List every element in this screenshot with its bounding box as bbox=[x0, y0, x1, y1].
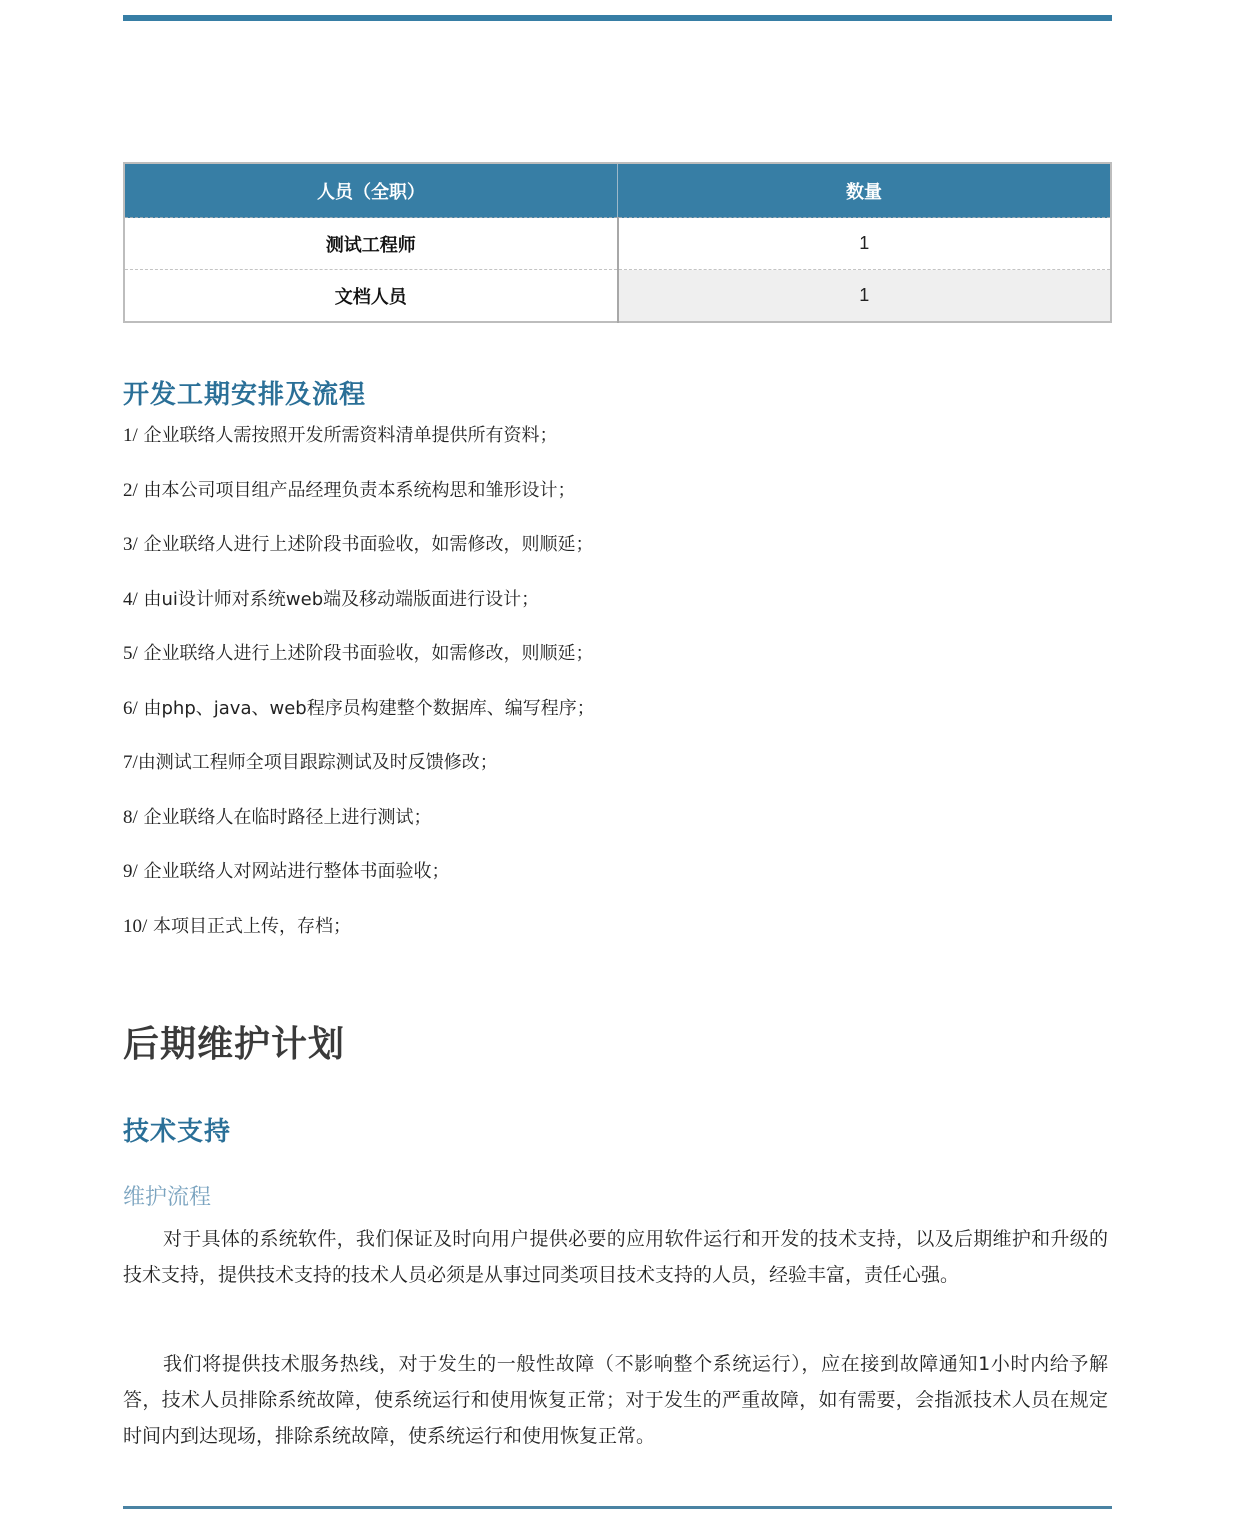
header-rule bbox=[123, 15, 1112, 21]
list-item: 8/ 企业联络人在临时路径上进行测试； bbox=[123, 806, 595, 861]
step-text: 企业联络人进行上述阶段书面验收，如需修改，则顺延； bbox=[138, 534, 594, 555]
table-row: 文档人员 1 bbox=[124, 270, 1111, 323]
schedule-steps-list: 1/ 企业联络人需按照开发所需资料清单提供所有资料； 2/ 由本公司项目组产品经… bbox=[123, 424, 595, 969]
list-item: 9/ 企业联络人对网站进行整体书面验收； bbox=[123, 860, 595, 915]
list-item: 6/ 由php、java、web程序员构建整个数据库、编写程序； bbox=[123, 697, 595, 752]
step-text: 由本公司项目组产品经理负责本系统构思和雏形设计； bbox=[138, 480, 576, 501]
step-number: 2/ bbox=[123, 480, 138, 501]
paragraph: 我们将提供技术服务热线，对于发生的一般性故障（不影响整个系统运行），应在接到故障… bbox=[123, 1346, 1108, 1454]
step-number: 10/ bbox=[123, 916, 147, 937]
maintenance-process-subheading: 维护流程 bbox=[123, 1180, 211, 1211]
column-header-count: 数量 bbox=[618, 163, 1112, 218]
footer-rule bbox=[123, 1506, 1112, 1509]
tech-support-heading: 技术支持 bbox=[123, 1111, 231, 1148]
step-number: 9/ bbox=[123, 861, 138, 882]
table-header-row: 人员（全职） 数量 bbox=[124, 163, 1111, 218]
list-item: 2/ 由本公司项目组产品经理负责本系统构思和雏形设计； bbox=[123, 479, 595, 534]
table-row: 测试工程师 1 bbox=[124, 218, 1111, 270]
step-text: 由php、java、web程序员构建整个数据库、编写程序； bbox=[138, 698, 595, 719]
step-text: 企业联络人在临时路径上进行测试； bbox=[138, 807, 432, 828]
step-number: 3/ bbox=[123, 534, 138, 555]
step-number: 5/ bbox=[123, 643, 138, 664]
step-text: 企业联络人进行上述阶段书面验收，如需修改，则顺延； bbox=[138, 643, 594, 664]
maintenance-chapter-title: 后期维护计划 bbox=[123, 1016, 345, 1067]
list-item: 4/ 由ui设计师对系统web端及移动端版面进行设计； bbox=[123, 588, 595, 643]
step-text: 本项目正式上传，存档； bbox=[147, 916, 351, 937]
schedule-heading: 开发工期安排及流程 bbox=[123, 374, 366, 411]
step-number: 7/ bbox=[123, 752, 138, 773]
step-text: 企业联络人需按照开发所需资料清单提供所有资料； bbox=[138, 425, 558, 446]
list-item: 3/ 企业联络人进行上述阶段书面验收，如需修改，则顺延； bbox=[123, 533, 595, 588]
paragraph: 对于具体的系统软件，我们保证及时向用户提供必要的应用软件运行和开发的技术支持，以… bbox=[123, 1221, 1108, 1293]
step-text: 由测试工程师全项目跟踪测试及时反馈修改； bbox=[138, 752, 498, 773]
count-cell: 1 bbox=[618, 270, 1112, 323]
step-text: 由ui设计师对系统web端及移动端版面进行设计； bbox=[138, 589, 539, 610]
step-number: 4/ bbox=[123, 589, 138, 610]
role-cell: 文档人员 bbox=[124, 270, 618, 323]
staff-table: 人员（全职） 数量 测试工程师 1 文档人员 1 bbox=[123, 162, 1112, 323]
step-number: 6/ bbox=[123, 698, 138, 719]
list-item: 1/ 企业联络人需按照开发所需资料清单提供所有资料； bbox=[123, 424, 595, 479]
list-item: 5/ 企业联络人进行上述阶段书面验收，如需修改，则顺延； bbox=[123, 642, 595, 697]
list-item: 7/由测试工程师全项目跟踪测试及时反馈修改； bbox=[123, 751, 595, 806]
count-cell: 1 bbox=[618, 218, 1112, 270]
role-cell: 测试工程师 bbox=[124, 218, 618, 270]
step-text: 企业联络人对网站进行整体书面验收； bbox=[138, 861, 450, 882]
step-number: 8/ bbox=[123, 807, 138, 828]
step-number: 1/ bbox=[123, 425, 138, 446]
column-header-role: 人员（全职） bbox=[124, 163, 618, 218]
list-item: 10/ 本项目正式上传，存档； bbox=[123, 915, 595, 970]
